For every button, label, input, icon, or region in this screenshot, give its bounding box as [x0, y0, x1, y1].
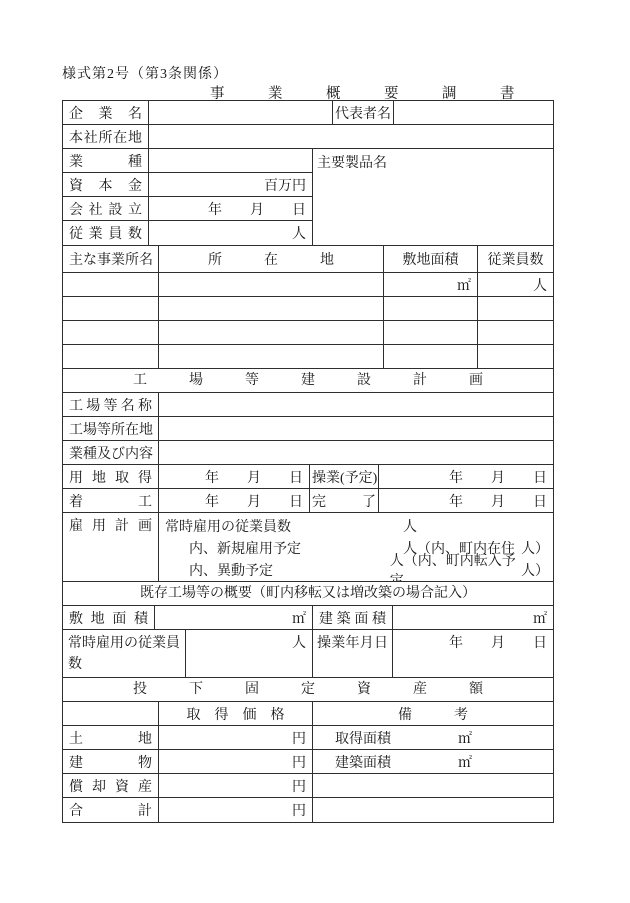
office-address-cell: [159, 297, 384, 320]
asset-row-total: 合計 円: [63, 798, 553, 822]
employment-plan-content: 常時雇用の従業員数人 内、新規雇用予定人（内、町内在住人） 内、異動予定人（内、…: [159, 513, 553, 581]
operation-planned-label: 操業(予定): [310, 467, 378, 487]
office-name-cell: [63, 321, 159, 344]
built-area-label: 建築面積: [335, 752, 458, 772]
capital-row: 資本金 百万円: [63, 173, 312, 197]
existing-employees-row: 常時雇用の従業員数 人 操業年月日 年 月 日: [63, 630, 553, 678]
construction-complete-date: 年 月 日: [379, 489, 553, 512]
new-hires-end: 人）: [521, 538, 553, 558]
company-name-label-cell: 企業名: [63, 101, 149, 124]
site-area-label-cell: 敷地面積: [63, 606, 155, 629]
survey-form-table: 企業名 代表者名 本社所在地 業種 資本金 百万円 会社設立: [62, 100, 554, 823]
factory-name-row: 工場等名称: [63, 393, 553, 417]
built-area-unit: ㎡: [458, 752, 472, 772]
factory-location-label: 工場等所在地: [63, 419, 158, 439]
factory-location-label-cell: 工場等所在地: [63, 417, 159, 440]
main-product-label: 主要製品名: [317, 152, 387, 172]
employment-plan-label-cell: 雇用計画: [63, 513, 159, 581]
company-employees-label-cell: 従業員数: [63, 221, 149, 245]
depreciable-label-cell: 償却資産: [63, 774, 159, 797]
business-type-label-cell: 業種及び内容: [63, 441, 159, 464]
form-number: 様式第2号（第3条関係）: [62, 63, 228, 83]
land-label-cell: 土地: [63, 726, 159, 749]
existing-employees-unit: 人: [186, 630, 313, 677]
factory-name-value: [159, 393, 553, 416]
factory-location-value: [159, 417, 553, 440]
industry-label-cell: 業種: [63, 149, 149, 172]
land-acquisition-row: 用地取得 年 月 日 操業(予定) 年 月 日: [63, 465, 553, 489]
office-area-cell: [384, 321, 478, 344]
site-area-label: 敷地面積: [63, 608, 154, 628]
office-row-units: ㎡ 人: [63, 273, 553, 297]
company-name-label: 企業名: [63, 103, 148, 123]
asset-row-land: 土地 円 取得面積㎡: [63, 726, 553, 750]
office-name-header-cell: 主な事業所名: [63, 246, 159, 272]
offices-header-row: 主な事業所名 所 在 地 敷地面積 従業員数: [63, 246, 553, 273]
office-name-cell: [63, 345, 159, 368]
land-label: 土地: [63, 728, 158, 748]
acquisition-price-header: 取 得 価 格: [159, 702, 313, 725]
office-address-cell: [159, 273, 384, 296]
factory-name-label: 工場等名称: [63, 395, 158, 415]
representative-value: [394, 101, 553, 124]
factory-location-row: 工場等所在地: [63, 417, 553, 441]
construction-start-label-cell: 着工: [63, 489, 159, 512]
land-price-unit: 円: [159, 726, 313, 749]
office-staff-cell: [478, 345, 553, 368]
business-type-label: 業種及び内容: [63, 443, 158, 463]
office-staff-cell: [478, 297, 553, 320]
acquired-area-label: 取得面積: [335, 728, 458, 748]
office-area-cell: [384, 297, 478, 320]
company-detail-left: 業種 資本金 百万円 会社設立 年 月 日 従業員数 人: [63, 149, 313, 245]
capital-label: 資本金: [63, 175, 148, 195]
hq-address-value: [149, 125, 553, 148]
operation-date-value: 年 月 日: [393, 630, 553, 677]
office-staff-header: 従業員数: [478, 246, 553, 272]
construction-section-header: 工 場 等 建 設 計 画: [63, 369, 553, 393]
building-label: 建物: [63, 752, 158, 772]
hq-address-row: 本社所在地: [63, 125, 553, 149]
industry-row: 業種: [63, 149, 312, 173]
regular-employees-unit: 人: [403, 516, 417, 536]
regular-employees-text: 常時雇用の従業員数: [159, 516, 403, 536]
building-label-cell: 建物: [63, 750, 159, 773]
acquired-area-unit: ㎡: [458, 728, 472, 748]
capital-value: 百万円: [149, 173, 312, 196]
operation-planned-label-cell: 操業(予定): [310, 465, 379, 488]
business-type-value: [159, 441, 553, 464]
land-acquisition-label: 用地取得: [63, 467, 158, 487]
assets-section-header: 投 下 固 定 資 産 額: [63, 678, 553, 702]
company-name-value: [149, 101, 333, 124]
transfer-mid: 人（内、町内転入予定: [390, 550, 521, 581]
operation-date-label: 操業年月日: [313, 632, 392, 652]
established-label-cell: 会社設立: [63, 197, 149, 220]
depreciable-remark-cell: [313, 774, 553, 797]
office-row-empty-3: [63, 345, 553, 369]
depreciable-price-unit: 円: [159, 774, 313, 797]
office-address-header: 所 在 地: [159, 246, 384, 272]
depreciable-assets-label: 償却資産: [63, 776, 158, 796]
transfer-end: 人）: [521, 560, 553, 580]
building-area-label: 建築面積: [313, 608, 392, 628]
office-area-unit: ㎡: [384, 273, 478, 296]
remarks-header: 備 考: [313, 702, 553, 725]
construction-complete-label-cell: 完了: [310, 489, 379, 512]
office-name-cell: [63, 297, 159, 320]
existing-area-row: 敷地面積 ㎡ 建築面積 ㎡: [63, 606, 553, 630]
capital-label-cell: 資本金: [63, 173, 149, 196]
total-remark-cell: [313, 798, 553, 822]
asset-row-depreciable: 償却資産 円: [63, 774, 553, 798]
office-area-cell: [384, 345, 478, 368]
existing-employees-label-cell: 常時雇用の従業員数: [63, 630, 186, 677]
building-area-unit: ㎡: [393, 606, 553, 629]
factory-name-label-cell: 工場等名称: [63, 393, 159, 416]
main-product-cell: 主要製品名: [313, 149, 553, 245]
construction-start-date: 年 月 日: [159, 489, 310, 512]
employment-line-3: 内、異動予定人（内、町内転入予定人）: [159, 559, 553, 581]
building-price-unit: 円: [159, 750, 313, 773]
existing-factory-section-header: 既存工場等の概要（町内移転又は増改築の場合記入）: [63, 582, 553, 606]
land-remark-cell: 取得面積㎡: [313, 726, 553, 749]
hq-address-label: 本社所在地: [63, 127, 148, 147]
employment-plan-row: 雇用計画 常時雇用の従業員数人 内、新規雇用予定人（内、町内在住人） 内、異動予…: [63, 513, 553, 582]
asset-row-building: 建物 円 建築面積㎡: [63, 750, 553, 774]
representative-label-cell: 代表者名: [333, 101, 394, 124]
company-employees-row: 従業員数 人: [63, 221, 312, 245]
company-employees-value: 人: [149, 221, 312, 245]
operation-planned-date: 年 月 日: [379, 465, 553, 488]
construction-complete-label: 完了: [310, 491, 378, 511]
construction-start-row: 着工 年 月 日 完了 年 月 日: [63, 489, 553, 513]
assets-blank-header: [63, 702, 159, 725]
new-hires-text: 内、新規雇用予定: [189, 538, 403, 558]
total-label: 合計: [63, 800, 158, 820]
employment-plan-label: 雇用計画: [63, 515, 158, 535]
business-type-row: 業種及び内容: [63, 441, 553, 465]
hq-address-label-cell: 本社所在地: [63, 125, 149, 148]
transfer-text: 内、異動予定: [189, 560, 390, 580]
company-detail-block: 業種 資本金 百万円 会社設立 年 月 日 従業員数 人 主要製品名: [63, 149, 553, 246]
industry-value: [149, 149, 312, 172]
total-price-unit: 円: [159, 798, 313, 822]
office-area-header: 敷地面積: [384, 246, 478, 272]
office-row-empty-2: [63, 321, 553, 345]
industry-label: 業種: [63, 151, 148, 171]
office-row-empty-1: [63, 297, 553, 321]
employment-line-1: 常時雇用の従業員数人: [159, 515, 553, 537]
operation-date-label-cell: 操業年月日: [313, 630, 393, 677]
representative-label: 代表者名: [333, 103, 393, 123]
office-staff-cell: [478, 321, 553, 344]
established-label: 会社設立: [63, 199, 148, 219]
document-page: 様式第2号（第3条関係） 事 業 概 要 調 書 企業名 代表者名 本社所在地 …: [0, 0, 630, 903]
office-address-cell: [159, 321, 384, 344]
building-area-label-cell: 建築面積: [313, 606, 393, 629]
company-name-row: 企業名 代表者名: [63, 101, 553, 125]
site-area-unit: ㎡: [155, 606, 313, 629]
established-value: 年 月 日: [149, 197, 312, 220]
land-acquisition-label-cell: 用地取得: [63, 465, 159, 488]
office-staff-unit: 人: [478, 273, 553, 296]
land-acquisition-date: 年 月 日: [159, 465, 310, 488]
assets-header-row: 取 得 価 格 備 考: [63, 702, 553, 726]
existing-employees-label: 常時雇用の従業員数: [63, 632, 185, 676]
company-employees-label: 従業員数: [63, 223, 148, 243]
building-remark-cell: 建築面積㎡: [313, 750, 553, 773]
office-name-header: 主な事業所名: [63, 249, 158, 269]
total-label-cell: 合計: [63, 798, 159, 822]
office-name-cell: [63, 273, 159, 296]
construction-start-label: 着工: [63, 491, 158, 511]
established-row: 会社設立 年 月 日: [63, 197, 312, 221]
office-address-cell: [159, 345, 384, 368]
